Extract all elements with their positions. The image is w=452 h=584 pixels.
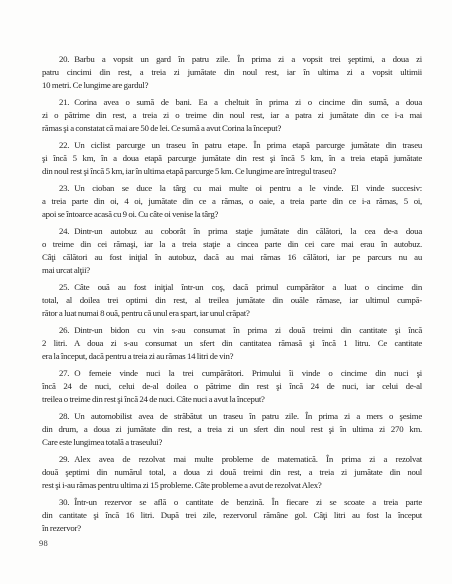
text-line: 29.Alex avea de rezolvat mai multe probl… <box>42 453 422 466</box>
text-line: 27.O femeie vinde nuci la trei cumpărăto… <box>42 367 422 380</box>
text-line: Care este lungimea totală a traseului? <box>42 436 422 449</box>
problem-number: 27. <box>59 368 69 378</box>
text-line-content: Un ciclist parcurge un traseu în patru e… <box>74 140 422 150</box>
text-line-content: O femeie vinde nuci la trei cumpărători.… <box>74 368 422 378</box>
text-line-content: Barbu a vopsit un gard în patru zile. În… <box>74 54 422 64</box>
text-line: 20.Barbu a vopsit un gard în patru zile.… <box>42 53 422 66</box>
text-line: zi o pătrime din rest, a treia zi o trei… <box>42 109 422 122</box>
text-line: în rezervor? <box>42 522 422 535</box>
text-line: era la început, dacă pentru a treia zi a… <box>42 350 422 363</box>
text-line: rător a luat numai 8 ouă, pentru că unul… <box>42 307 422 320</box>
problem-number: 26. <box>59 325 69 335</box>
problem-20: 20.Barbu a vopsit un gard în patru zile.… <box>42 53 422 92</box>
text-line: 24.Dintr-un autobuz au coborât în prima … <box>42 225 422 238</box>
text-line: rămas şi a constatat că mai are 50 de le… <box>42 122 422 135</box>
problem-number: 29. <box>59 454 69 464</box>
problem-number: 28. <box>59 411 69 421</box>
problem-number: 24. <box>59 226 69 236</box>
problem-24: 24.Dintr-un autobuz au coborât în prima … <box>42 225 422 277</box>
text-line-content: Într-un rezervor se află o cantitate de … <box>74 497 422 507</box>
text-line-content: Câte ouă au fost iniţial într-un coş, da… <box>74 282 422 292</box>
text-line-content: Dintr-un autobuz au coborât în prima sta… <box>74 226 422 236</box>
text-line: din cantitate şi încă 16 litri. După tre… <box>42 509 422 522</box>
text-line-content: Un automobilist avea de străbătut un tra… <box>74 411 422 421</box>
text-line: o treime din cei rămaşi, iar la a treia … <box>42 238 422 251</box>
problem-21: 21.Corina avea o sumă de bani. Ea a chel… <box>42 96 422 135</box>
page-content: 20.Barbu a vopsit un gard în patru zile.… <box>42 53 422 539</box>
text-line: apoi se întoarce acasă cu 9 oi. Cu câte … <box>42 208 422 221</box>
text-line: şi încă 5 km, în a doua etapă parcurge j… <box>42 152 422 165</box>
text-line: 21.Corina avea o sumă de bani. Ea a chel… <box>42 96 422 109</box>
text-line: 26.Dintr-un bidon cu vin s-au consumat î… <box>42 324 422 337</box>
text-line: 30.Într-un rezervor se află o cantitate … <box>42 496 422 509</box>
problem-27: 27.O femeie vinde nuci la trei cumpărăto… <box>42 367 422 406</box>
text-line: 28.Un automobilist avea de străbătut un … <box>42 410 422 423</box>
text-line-content: Alex avea de rezolvat mai multe probleme… <box>74 454 422 464</box>
text-line: a treia parte din oi, 4 oi, jumătate din… <box>42 195 422 208</box>
text-line-content: Dintr-un bidon cu vin s-au consumat în p… <box>74 325 422 335</box>
problem-25: 25.Câte ouă au fost iniţial într-un coş,… <box>42 281 422 320</box>
text-line: Câţi călători au fost iniţial în autobuz… <box>42 251 422 264</box>
problem-28: 28.Un automobilist avea de străbătut un … <box>42 410 422 449</box>
problem-number: 20. <box>59 54 69 64</box>
text-line: 23.Un cioban se duce la târg cu mai mult… <box>42 182 422 195</box>
text-line: din noul rest şi încă 5 km, iar în ultim… <box>42 165 422 178</box>
text-line: încă 24 de nuci, celui de-al doilea o pă… <box>42 380 422 393</box>
text-line: 22.Un ciclist parcurge un traseu în patr… <box>42 139 422 152</box>
text-line: 10 metri. Ce lungime are gardul? <box>42 79 422 92</box>
text-line: patru cincimi din rest, a treia zi jumăt… <box>42 66 422 79</box>
problem-number: 21. <box>59 97 69 107</box>
problem-number: 23. <box>59 183 69 193</box>
problem-22: 22.Un ciclist parcurge un traseu în patr… <box>42 139 422 178</box>
text-line: din drum, a doua zi jumătate din rest, a… <box>42 423 422 436</box>
problem-number: 22. <box>59 140 69 150</box>
text-line: total, al doilea trei optimi din rest, a… <box>42 294 422 307</box>
text-line: treilea o treime din rest şi încă 24 de … <box>42 393 422 406</box>
text-line: rest şi i-au rămas pentru ultima zi 15 p… <box>42 479 422 492</box>
scanned-book-page: 20.Barbu a vopsit un gard în patru zile.… <box>0 0 452 584</box>
problem-29: 29.Alex avea de rezolvat mai multe probl… <box>42 453 422 492</box>
problem-number: 25. <box>59 282 69 292</box>
text-line-content: Un cioban se duce la târg cu mai multe o… <box>74 183 422 193</box>
text-line-content: Corina avea o sumă de bani. Ea a cheltui… <box>74 97 422 107</box>
problem-26: 26.Dintr-un bidon cu vin s-au consumat î… <box>42 324 422 363</box>
text-line: două şeptimi din numărul total, a doua z… <box>42 466 422 479</box>
problem-23: 23.Un cioban se duce la târg cu mai mult… <box>42 182 422 221</box>
problem-30: 30.Într-un rezervor se află o cantitate … <box>42 496 422 535</box>
text-line: 2 litri. A doua zi s-au consumat un sfer… <box>42 337 422 350</box>
page-number: 98 <box>39 537 48 549</box>
problem-number: 30. <box>59 497 69 507</box>
text-line: mai urcat alţii? <box>42 264 422 277</box>
text-line: 25.Câte ouă au fost iniţial într-un coş,… <box>42 281 422 294</box>
